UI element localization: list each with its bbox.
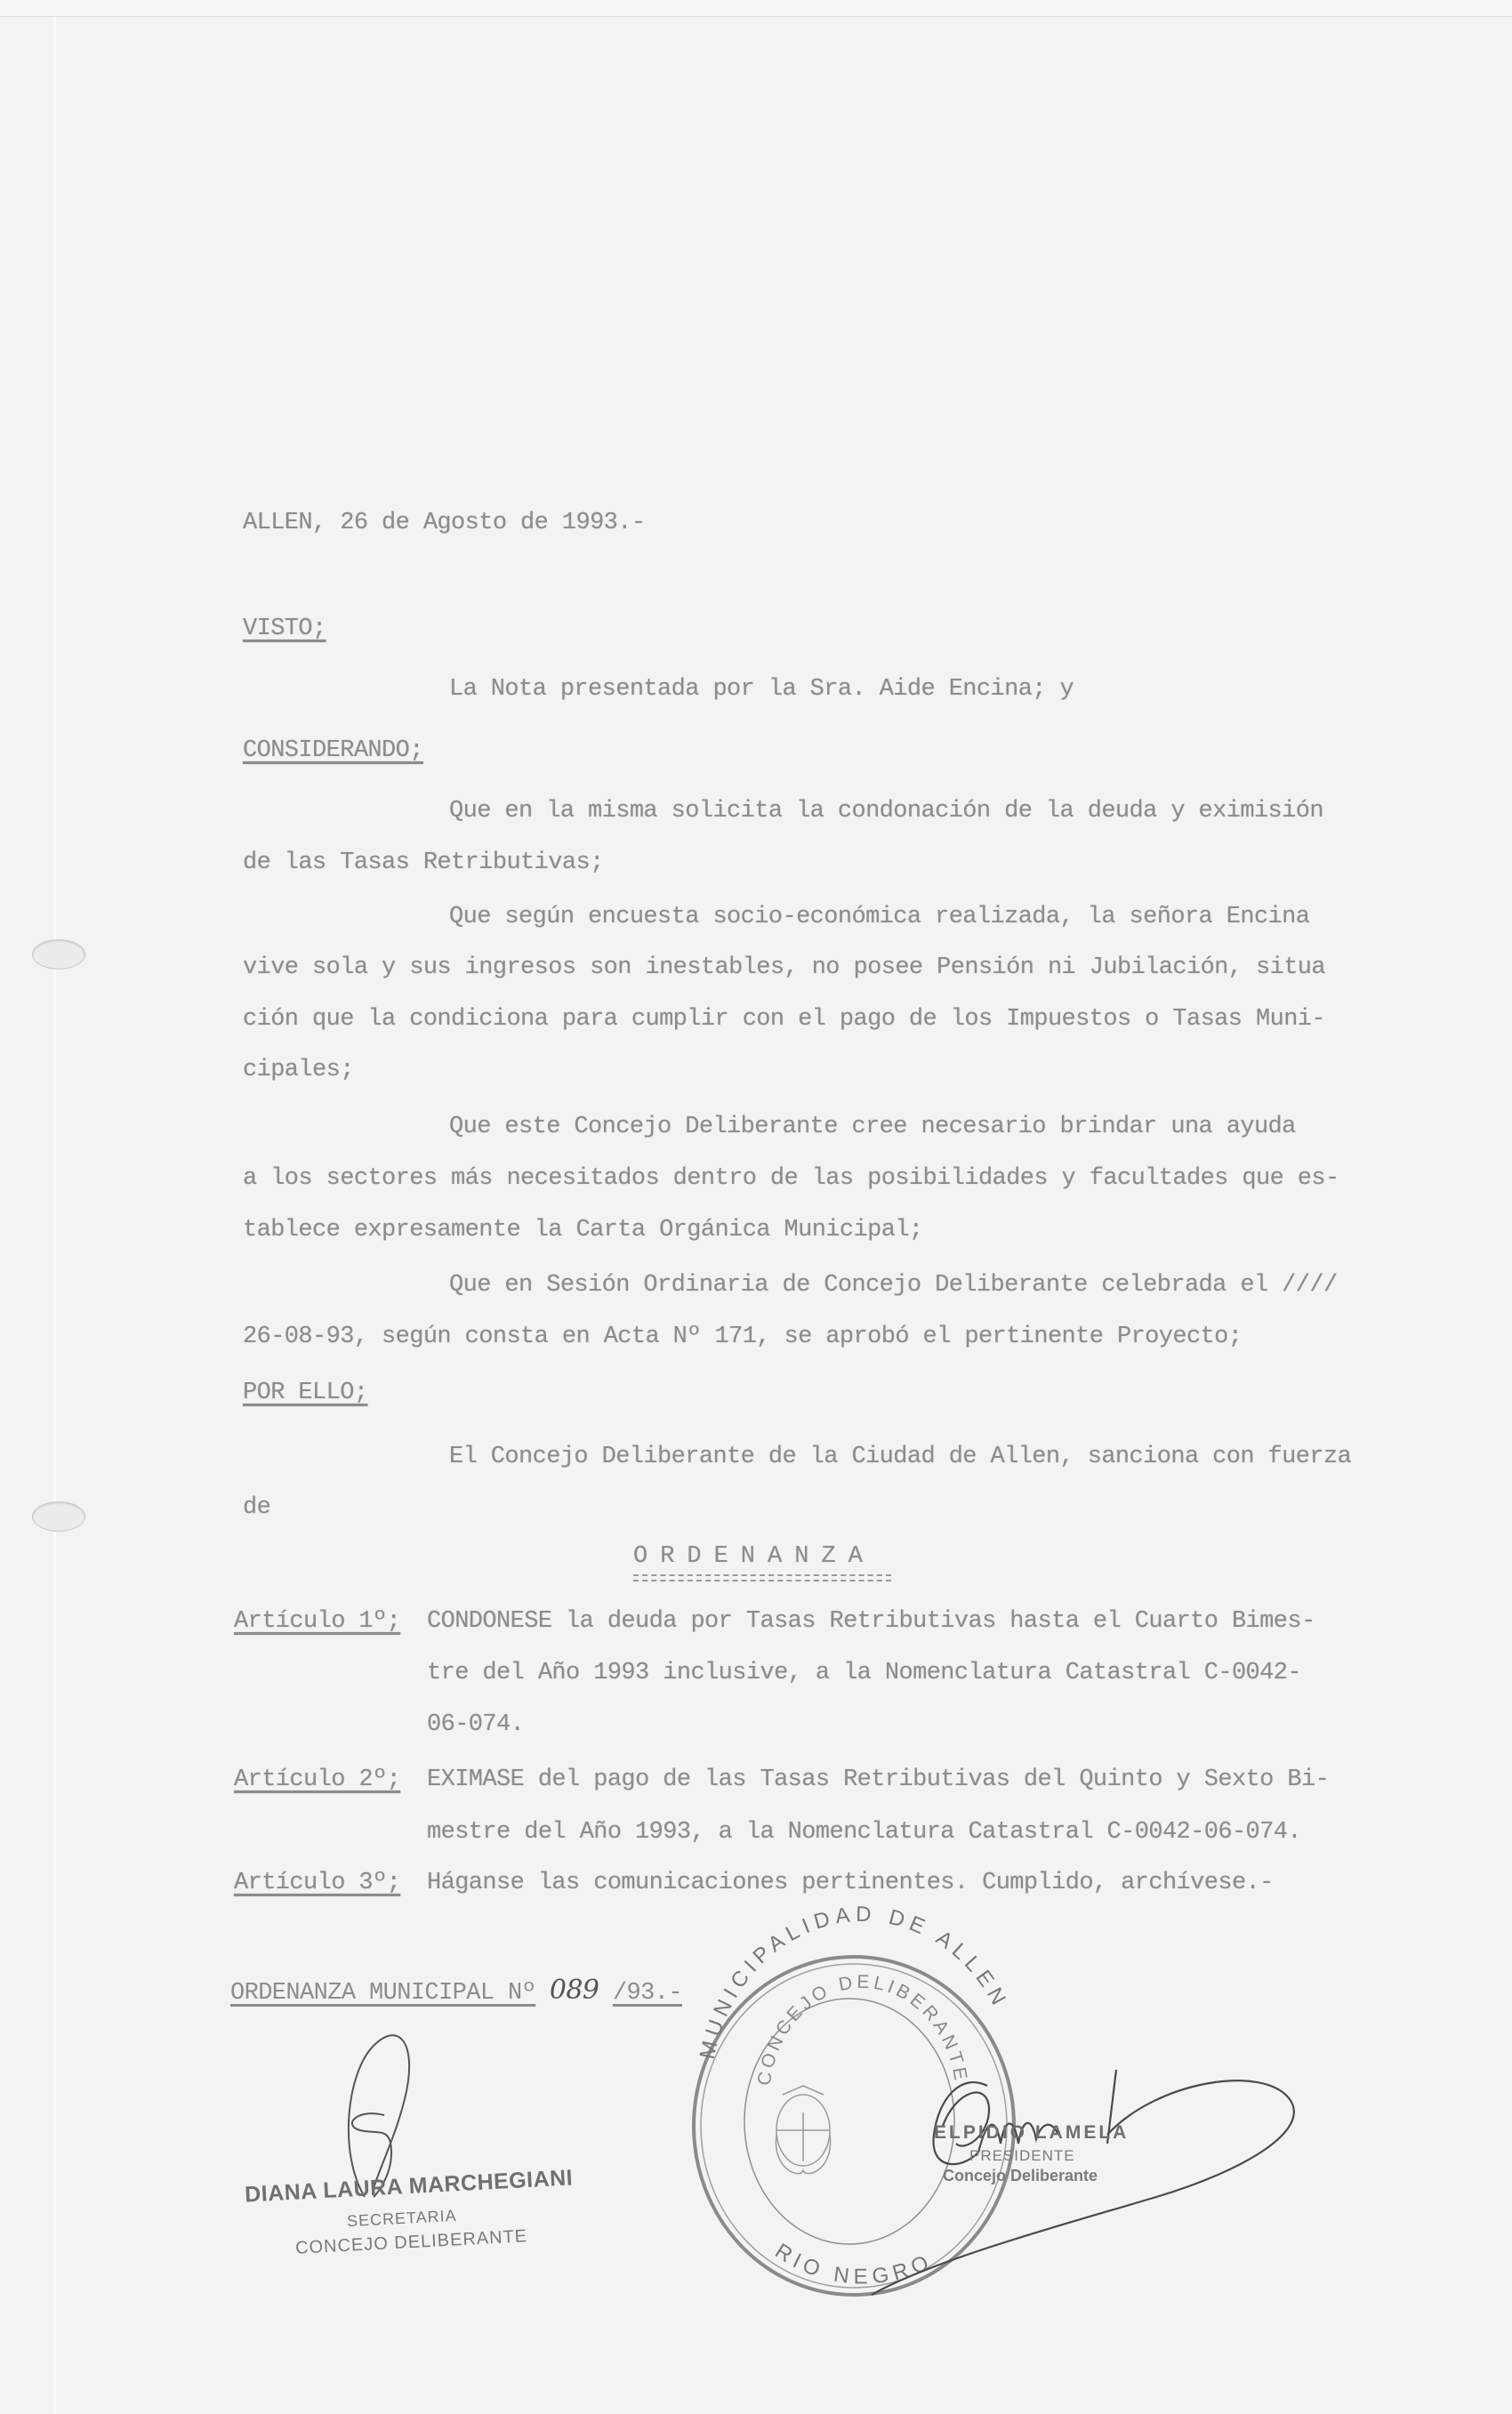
- president-org: Concejo Deliberante: [943, 2167, 1098, 2185]
- article-1-line: 06-074.: [427, 1711, 524, 1738]
- considerando-line: ción que la condiciona para cumplir con …: [243, 1006, 1325, 1033]
- por-ello-heading: POR ELLO;: [243, 1380, 367, 1406]
- scan-top-edge: [0, 0, 1512, 17]
- ordinance-title: ORDENANZA: [633, 1543, 875, 1570]
- considerando-line: Que en Sesión Ordinaria de Concejo Delib…: [449, 1272, 1338, 1299]
- ordinance-number-label: ORDENANZA MUNICIPAL Nº: [230, 1980, 535, 2007]
- considerando-line: Que según encuesta socio-económica reali…: [449, 904, 1309, 930]
- title-double-underline: [633, 1574, 891, 1581]
- visto-text: La Nota presentada por la Sra. Aide Enci…: [449, 676, 1074, 703]
- ordinance-number: ORDENANZA MUNICIPAL Nº 089 /93.-: [230, 1975, 682, 2007]
- visto-heading: VISTO;: [243, 616, 326, 642]
- article-1-label: Artículo 1º;: [234, 1608, 400, 1635]
- considerando-line: de las Tasas Retributivas;: [243, 849, 604, 876]
- article-3-label: Artículo 3º;: [234, 1870, 400, 1896]
- considerando-line: 26-08-93, según consta en Acta Nº 171, s…: [243, 1324, 1242, 1350]
- punch-hole-icon: [32, 1501, 85, 1532]
- ordinance-number-suffix: /93.-: [613, 1980, 682, 2007]
- president-name: ELPIDIO LAMELA: [934, 2122, 1129, 2144]
- place-date: ALLEN, 26 de Agosto de 1993.-: [243, 510, 645, 536]
- considerando-line: Que este Concejo Deliberante cree necesa…: [449, 1114, 1296, 1140]
- article-3-line: Háganse las comunicaciones pertinentes. …: [427, 1870, 1274, 1896]
- punch-hole-icon: [32, 939, 85, 970]
- por-ello-line: de: [243, 1494, 270, 1521]
- ordinance-number-handwritten: 089: [550, 1975, 599, 2006]
- considerando-line: Que en la misma solicita la condonación …: [449, 798, 1323, 825]
- considerando-heading: CONSIDERANDO;: [243, 737, 423, 764]
- considerando-line: vive sola y sus ingresos son inestables,…: [243, 954, 1325, 981]
- document-page: [0, 17, 1512, 2414]
- considerando-line: a los sectores más necesitados dentro de…: [243, 1165, 1339, 1192]
- por-ello-line: El Concejo Deliberante de la Ciudad de A…: [449, 1444, 1351, 1470]
- article-1-line: tre del Año 1993 inclusive, a la Nomencl…: [427, 1660, 1301, 1686]
- considerando-line: cipales;: [243, 1057, 354, 1083]
- article-2-line: EXIMASE del pago de las Tasas Retributiv…: [427, 1766, 1329, 1793]
- fold-crease: [53, 17, 56, 2414]
- article-1-line: CONDONESE la deuda por Tasas Retributiva…: [427, 1608, 1315, 1635]
- article-2-line: mestre del Año 1993, a la Nomenclatura C…: [427, 1819, 1301, 1846]
- considerando-line: tablece expresamente la Carta Orgánica M…: [243, 1217, 923, 1243]
- president-role: PRESIDENTE: [969, 2147, 1075, 2165]
- article-2-label: Artículo 2º;: [234, 1766, 400, 1793]
